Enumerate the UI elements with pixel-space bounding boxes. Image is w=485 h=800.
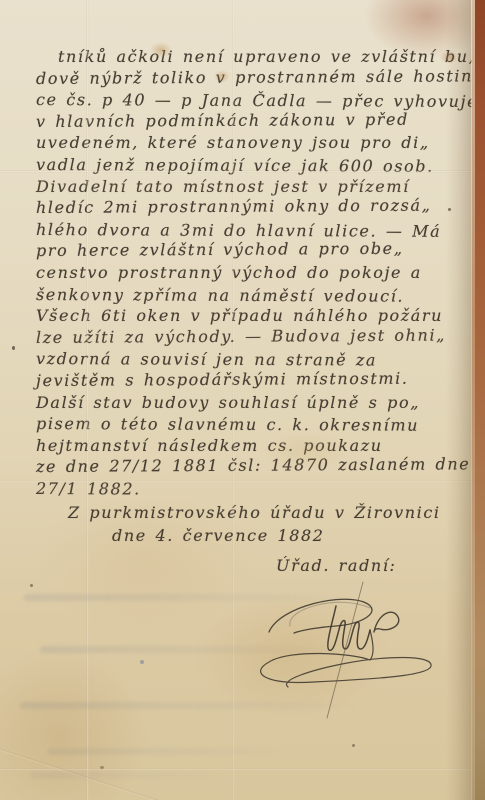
manuscript-line: hledíc 2mi prostrannými okny do rozsá„ [36,195,466,219]
manuscript-line: pisem o této slavnému c. k. okresnímu [36,413,466,436]
manuscript-line: Všech 6ti oken v případu náhlého požáru [36,305,466,327]
paper-speck [140,660,144,664]
fold-crease-vertical [86,0,89,800]
paper-speck [100,766,104,769]
ink-bleed-through [30,772,230,779]
page-curvature-shadow [446,0,472,800]
signoff-title: Úřad. radní: [276,556,397,575]
scanned-letter-page: tníků ačkoli není upraveno ve zvláštní b… [0,0,485,800]
ink-bleed-through [48,748,298,755]
fold-crease-horizontal [0,170,485,173]
ink-bleed-through [40,646,340,653]
paper-stain [260,430,350,470]
ink-bleed-through [20,702,360,709]
fold-crease-vertical [232,0,235,800]
manuscript-line: censtvo prostranný východ do pokoje a [36,262,466,284]
manuscript-line: uvedeném, které stanoveny jsou pro di„ [36,132,466,154]
fold-crease-horizontal [0,768,485,771]
paper-speck [352,744,355,747]
manuscript-line: tníků ačkoli není upraveno ve zvláštní b… [36,46,466,68]
manuscript-body: tníků ačkoli není upraveno ve zvláštní b… [36,46,466,499]
manuscript-line: ze dne 27/12 1881 čsl: 14870 zaslaném dn… [36,454,466,478]
paper-speck [30,584,33,587]
fold-crease-horizontal [0,480,485,483]
manuscript-line: jevištěm s hospodářskými místnostmi. [36,367,466,391]
binding-edge-highlight [471,0,475,800]
manuscript-line: dově nýbrž toliko v prostranném sále hos… [36,65,466,89]
closing-date-line: dne 4. července 1882 [112,526,325,545]
closing-office-line: Z purkmistrovského úřadu v Žirovnici [68,503,441,522]
paper-stain [214,70,230,83]
manuscript-line: v hlavních podmínkách zákonu v před [36,108,466,132]
ink-bleed-through [24,594,354,601]
manuscript-line: pro herce zvláštní východ a pro obe„ [36,238,466,262]
manuscript-line: vadla jenž nepojímají více jak 600 osob. [36,154,466,177]
manuscript-line: Další stav budovy souhlasí úplně s po„ [36,392,466,414]
manuscript-line: šenkovny zpříma na náměstí vedoucí. [36,284,466,307]
paper-stain [150,42,172,58]
paper-speck [12,346,15,350]
manuscript-line: lze užíti za východy. — Budova jest ohni… [36,324,466,348]
